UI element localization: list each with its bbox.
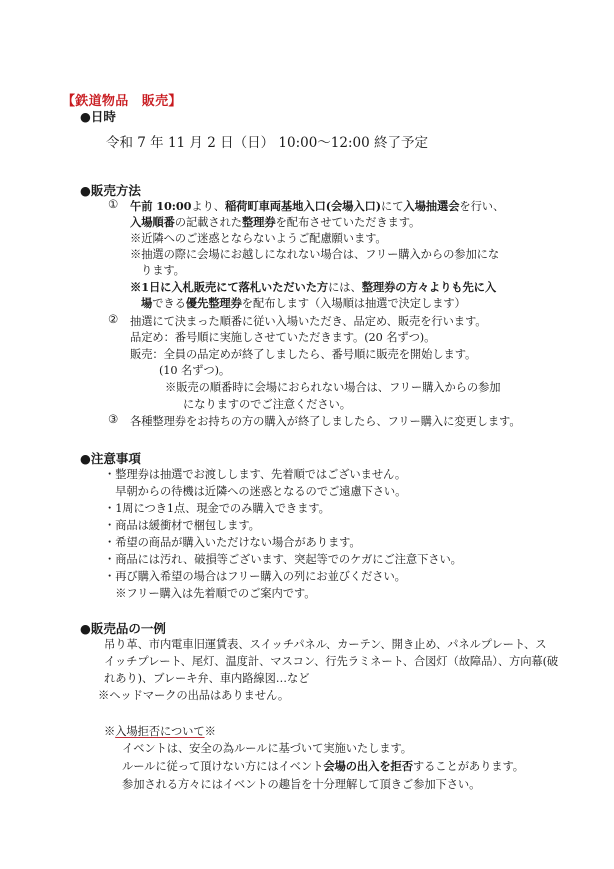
note-item: ・整理券は抽選でお渡しします、先着順ではございません。 (104, 466, 406, 482)
priority-ticket-text: 優先整理券 (186, 296, 242, 310)
items-line: 吊り革、市内電車旧運賃表、スイッチパネル、カーテン、開き止め、パネルプレート、ス (104, 636, 546, 652)
datetime-value: 令和 7 年 11 月 2 日（日） 10:00～12:00 終了予定 (106, 131, 428, 151)
items-line: れあり)、ブレーキ弁、車内路線図…など (104, 670, 309, 686)
refusal-line1: イベントは、安全の為ルールに基づいて実施いたします。 (122, 740, 412, 756)
items-note: ※ヘッドマークの出品はありません。 (98, 687, 289, 703)
refusal-emphasis: 会場の出入を拒否 (323, 759, 413, 773)
step2-line1: 抽選にて決まった順番に従い入場いただき、品定め、販売を行います。 (130, 313, 487, 329)
text: ※1日に入札販売にて落札いただいた方 (130, 280, 328, 294)
step2-note1a: ※販売の順番時に会場におられない場合は、フリー購入からの参加 (165, 379, 500, 395)
location-text: 稲荷町車両基地入口(会場入口) (225, 199, 381, 213)
step1-note3b: 場できる優先整理券を配布します（入場順は抽選で決定します） (141, 295, 466, 311)
time-text: 午前 10:00 (130, 199, 191, 213)
text: できる (152, 297, 186, 310)
text: ※ (205, 725, 216, 738)
text: を行い、 (459, 200, 504, 213)
text: を配布します（入場順は抽選で決定します） (242, 297, 466, 310)
text: ルールに従って頂けない方にはイベント (122, 760, 323, 773)
entry-order-text: 入場順番 (130, 215, 175, 229)
items-line: イッチプレート、尾灯、温度計、マスコン、行先ラミネート、合図灯（故障品）、方向幕… (104, 653, 558, 669)
note-item: ・再び購入希望の場合はフリー購入の列にお並びください。 (104, 568, 406, 584)
step1-note2b: ります。 (141, 262, 185, 278)
document-page: 【鉄道物品 販売】 ●日時 令和 7 年 11 月 2 日（日） 10:00～1… (0, 0, 614, 869)
datetime-heading: ●日時 (80, 107, 116, 125)
step1-line2: 入場順番の記載された整理券を配布させていただきます。 (130, 214, 420, 230)
note-item: ・商品には汚れ、破損等ございます、突起等でのケガにご注意下さい。 (104, 551, 462, 567)
refusal-heading-text: 入場拒否について (115, 725, 204, 738)
step3-line1: 各種整理券をお持ちの方の購入が終了しましたら、フリー購入に変更します。 (130, 413, 521, 429)
note-item: ・商品は緩衝材で梱包します。 (104, 517, 260, 533)
notes-heading: ●注意事項 (80, 449, 141, 467)
text: 整理券の方々よりも先に入 (362, 280, 496, 294)
note-item: ・1周につき1点、現金でのみ購入できます。 (104, 500, 330, 516)
step2-line2: 品定め：番号順に実施しさせていただきます。(20 名ずつ)。 (130, 329, 435, 345)
method-heading: ●販売方法 (80, 181, 141, 199)
lottery-text: 入場抽選会 (403, 199, 459, 213)
text: することがあります。 (413, 760, 524, 773)
refusal-line3: 参加される方々にはイベントの趣旨を十分理解して頂きご参加下さい。 (122, 776, 480, 792)
items-heading: ●販売品の一例 (80, 619, 166, 637)
text: 場 (141, 296, 152, 310)
text: の記載された (175, 216, 242, 229)
text: ※ (104, 725, 115, 738)
note-item: ・希望の商品が購入いただけない場合があります。 (104, 534, 361, 550)
step2-marker: ② (108, 313, 118, 326)
step1-note3a: ※1日に入札販売にて落札いただいた方には、整理券の方々よりも先に入 (130, 279, 496, 295)
note-item: ※フリー購入は先着順でのご案内です。 (104, 585, 315, 601)
step1-note2a: ※抽選の際に会場にお越しになれない場合は、フリー購入からの参加にな (130, 246, 499, 262)
step1-note1: ※近隣へのご迷惑とならないようご配慮願います。 (130, 230, 387, 246)
ticket-text: 整理券 (242, 215, 276, 229)
refusal-heading: ※入場拒否について※ (104, 723, 216, 739)
step2-line3: 販売：全員の品定めが終了しましたら、番号順に販売を開始します。 (130, 346, 476, 362)
note-item: 早朝からの待機は近隣への迷惑となるのでご遠慮下さい。 (104, 483, 406, 499)
text: より、 (191, 200, 225, 213)
text: を配布させていただきます。 (276, 216, 421, 229)
step2-line4: (10 名ずつ)。 (159, 362, 230, 378)
text: にて (381, 200, 403, 213)
text: には、 (328, 281, 362, 294)
step1-line1: 午前 10:00より、稲荷町車両基地入口(会場入口)にて入場抽選会を行い、 (130, 198, 504, 214)
step2-note1b: になりますのでご注意ください。 (183, 396, 351, 412)
refusal-line2: ルールに従って頂けない方にはイベント会場の出入を拒否することがあります。 (122, 758, 524, 774)
step1-marker: ① (108, 198, 118, 211)
step3-marker: ③ (108, 413, 118, 426)
